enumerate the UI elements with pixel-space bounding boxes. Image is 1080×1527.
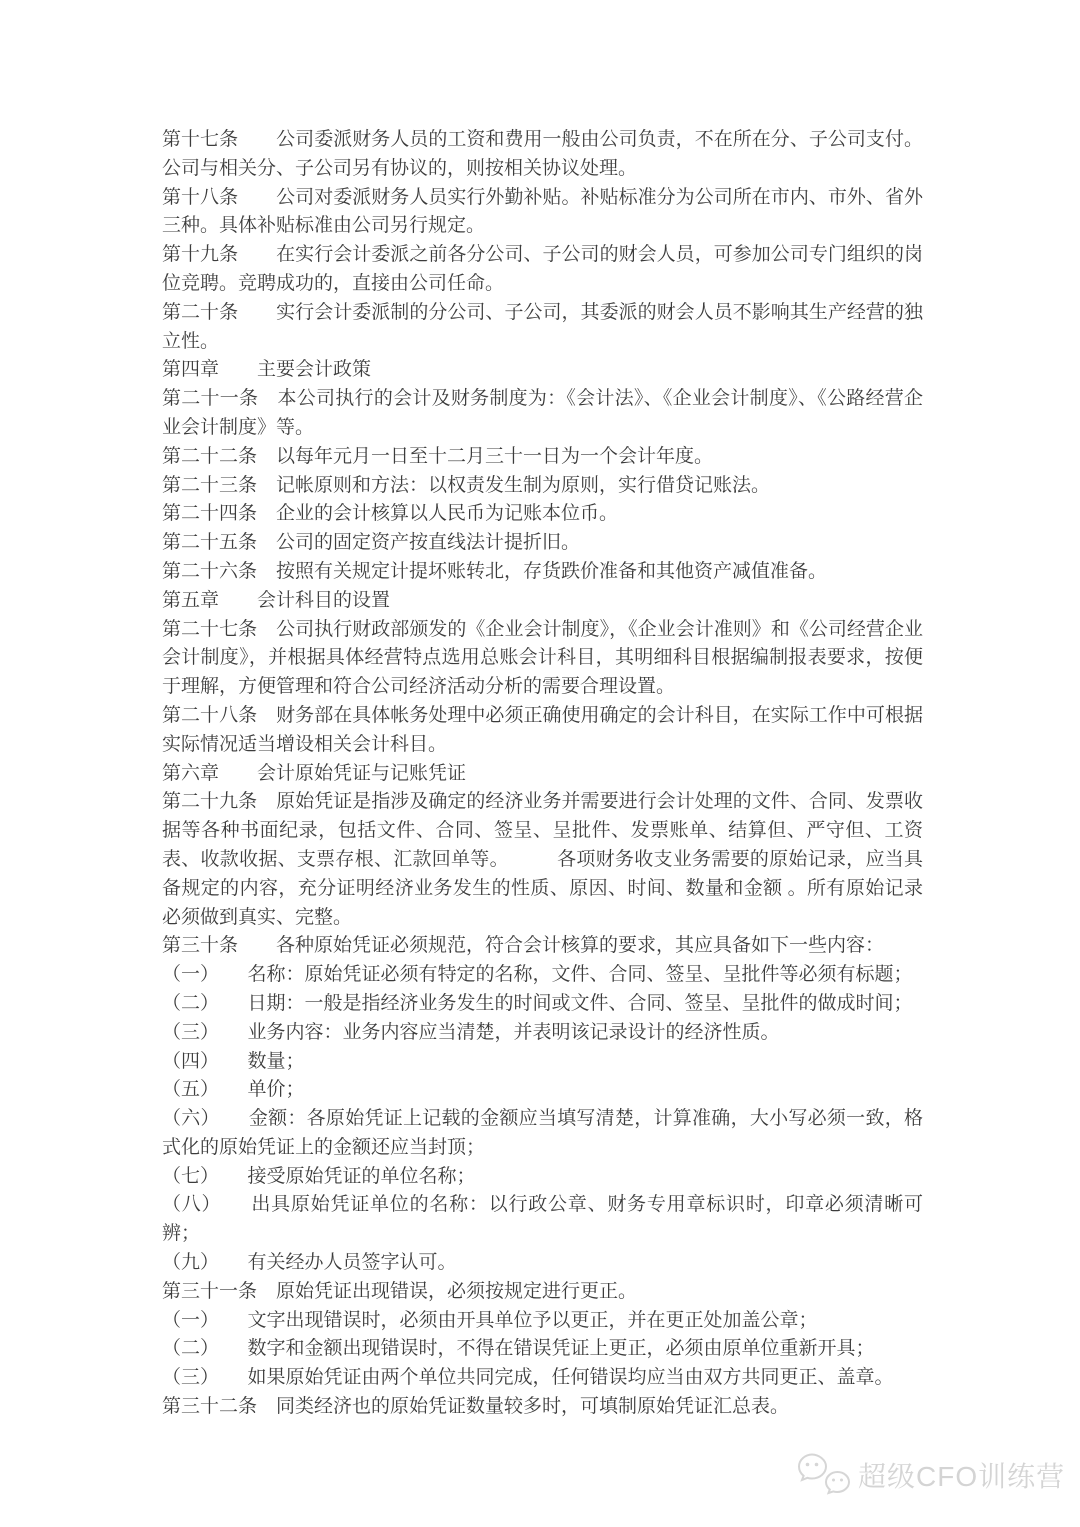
document-paragraph: 第二十七条 公司执行财政部颁发的《企业会计制度》，《企业会计准则》和《公司经营企… xyxy=(162,616,923,702)
document-paragraph: 第二十六条 按照有关规定计提坏账转北，存货跌价准备和其他资产减值准备。 xyxy=(162,558,923,587)
watermark-label: 超级CFO训练营 xyxy=(858,1455,1065,1495)
document-paragraph: （九） 有关经办人员签字认可。 xyxy=(162,1249,923,1278)
document-paragraph: （五） 单价； xyxy=(162,1076,923,1105)
document-page: 第十七条 公司委派财务人员的工资和费用一般由公司负责，不在所在分、子公司支付。公… xyxy=(0,0,1080,1527)
document-paragraph: 第三十条 各种原始凭证必须规范，符合会计核算的要求，其应具备如下一些内容： xyxy=(162,932,923,961)
wechat-icon xyxy=(796,1452,852,1498)
document-paragraph: 第二十条 实行会计委派制的分公司、子公司，其委派的财会人员不影响其生产经营的独立… xyxy=(162,299,923,357)
document-paragraph: 第二十九条 原始凭证是指涉及确定的经济业务并需要进行会计处理的文件、合同、发票收… xyxy=(162,788,923,932)
document-paragraph: （二） 数字和金额出现错误时，不得在错误凭证上更正，必须由原单位重新开具； xyxy=(162,1335,923,1364)
document-paragraph: 第二十一条 本公司执行的会计及财务制度为：《会计法》、《企业会计制度》、《公路经… xyxy=(162,385,923,443)
document-paragraph: （四） 数量； xyxy=(162,1048,923,1077)
document-paragraph: 第二十八条 财务部在具体帐务处理中必须正确使用确定的会计科目，在实际工作中可根据… xyxy=(162,702,923,760)
document-paragraph: 第十九条 在实行会计委派之前各分公司、子公司的财会人员，可参加公司专门组织的岗位… xyxy=(162,241,923,299)
document-paragraph: 第十七条 公司委派财务人员的工资和费用一般由公司负责，不在所在分、子公司支付。公… xyxy=(162,126,923,184)
document-paragraph: （八） 出具原始凭证单位的名称：以行政公章、财务专用章标识时，印章必须清晰可辨； xyxy=(162,1191,923,1249)
document-paragraph: （三） 业务内容：业务内容应当清楚，并表明该记录设计的经济性质。 xyxy=(162,1019,923,1048)
document-paragraph: （一） 名称：原始凭证必须有特定的名称，文件、合同、签呈、呈批件等必须有标题； xyxy=(162,961,923,990)
document-paragraph: 第三十一条 原始凭证出现错误，必须按规定进行更正。 xyxy=(162,1278,923,1307)
document-paragraph: 第二十五条 公司的固定资产按直线法计提折旧。 xyxy=(162,529,923,558)
document-paragraph: （三） 如果原始凭证由两个单位共同完成，任何错误均应当由双方共同更正、盖章。 xyxy=(162,1364,923,1393)
document-paragraph: （二） 日期：一般是指经济业务发生的时间或文件、合同、签呈、呈批件的做成时间； xyxy=(162,990,923,1019)
document-paragraph: （七） 接受原始凭证的单位名称； xyxy=(162,1163,923,1192)
document-paragraph: 第二十四条 企业的会计核算以人民币为记账本位币。 xyxy=(162,500,923,529)
document-paragraph: （六） 金额：各原始凭证上记载的金额应当填写清楚，计算准确，大小写必须一致，格式… xyxy=(162,1105,923,1163)
watermark: 超级CFO训练营 xyxy=(796,1452,1065,1498)
document-paragraph: 第三十二条 同类经济也的原始凭证数量较多时，可填制原始凭证汇总表。 xyxy=(162,1393,923,1422)
document-paragraph: 第五章 会计科目的设置 xyxy=(162,587,923,616)
document-paragraph: （一） 文字出现错误时，必须由开具单位予以更正，并在更正处加盖公章； xyxy=(162,1307,923,1336)
document-paragraph: 第四章 主要会计政策 xyxy=(162,356,923,385)
document-paragraph: 第六章 会计原始凭证与记账凭证 xyxy=(162,760,923,789)
document-body: 第十七条 公司委派财务人员的工资和费用一般由公司负责，不在所在分、子公司支付。公… xyxy=(162,126,923,1422)
document-paragraph: 第十八条 公司对委派财务人员实行外勤补贴。补贴标准分为公司所在市内、市外、省外三… xyxy=(162,184,923,242)
document-paragraph: 第二十二条 以每年元月一日至十二月三十一日为一个会计年度。 xyxy=(162,443,923,472)
document-paragraph: 第二十三条 记帐原则和方法：以权责发生制为原则，实行借贷记账法。 xyxy=(162,472,923,501)
